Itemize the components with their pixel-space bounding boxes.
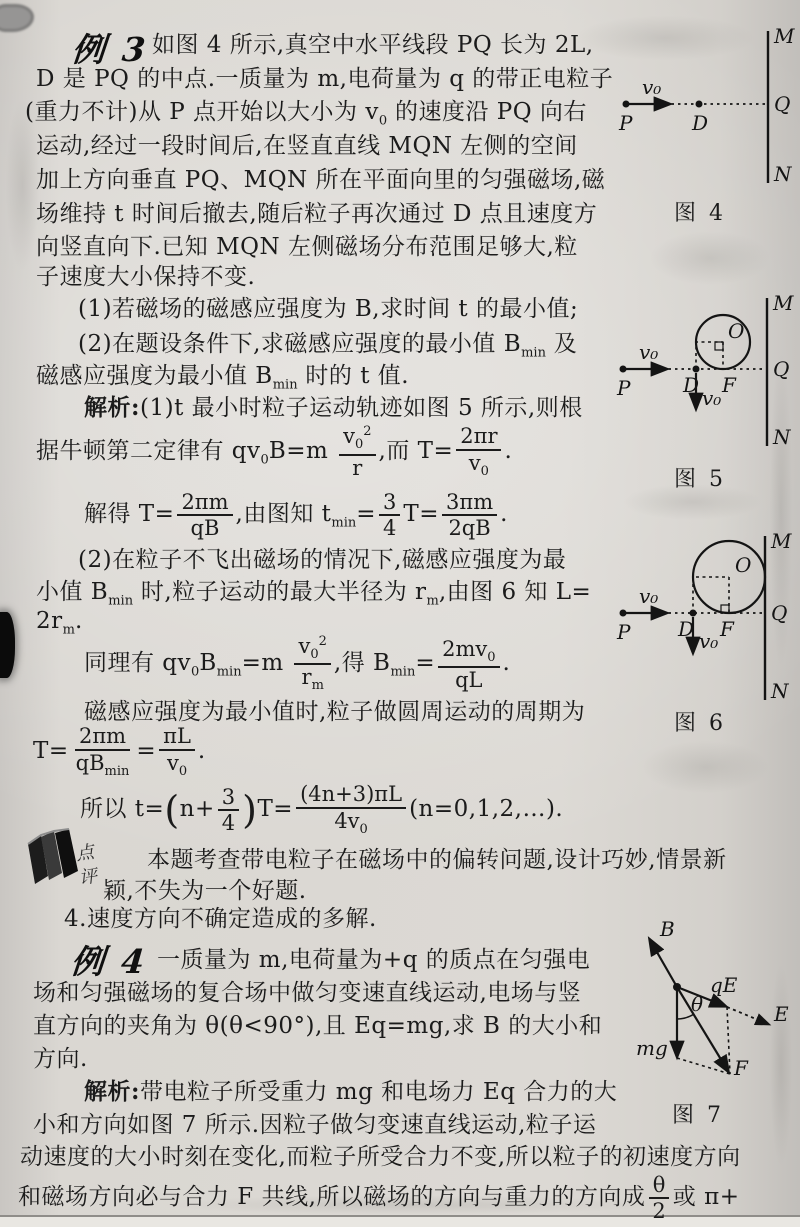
ex3-line-4: 运动,经过一段时间后,在竖直直线 MQN 左侧的空间 <box>36 131 578 161</box>
ex3-solution2-line-1: (2)在粒子不飞出磁场的情况下,磁感应强度为最 <box>78 545 566 575</box>
ex3-solution-line-1: 解析:(1)t 最小时粒子运动轨迹如图 5 所示,则根 <box>84 393 583 423</box>
ex4-line-2: 场和匀强磁场的复合场中做匀变速直线运动,电场与竖 <box>33 978 581 1008</box>
stamp-char-2: 评 <box>78 865 100 889</box>
figure-4-diagram: v₀ P D M Q N <box>615 25 800 200</box>
scan-smudge <box>630 222 790 294</box>
b-label: B <box>659 918 675 941</box>
binding-notch <box>0 612 15 678</box>
p-label: P <box>616 620 631 644</box>
ex3-line-7: 向竖直向下.已知 MQN 左侧磁场分布范围足够大,粒 <box>36 232 578 262</box>
ex4-line-3: 直方向的夹角为 θ(θ<90°),且 Eq=mg,求 B 的大小和 <box>33 1011 602 1041</box>
v0-down-label: v₀ <box>702 386 721 410</box>
figure-5-diagram: v₀ v₀ P D F O M Q N <box>612 288 800 460</box>
textbook-page: 例 3 例 4 如图 4 所示,真空中水平线段 PQ 长为 2L, D 是 PQ… <box>0 0 800 1227</box>
d-label: D <box>677 617 694 641</box>
v0-label: v₀ <box>639 584 658 608</box>
ex4-solution-line-3: 动速度的大小时刻在变化,而粒子所受合力不变,所以粒子的初速度方向 <box>20 1142 741 1172</box>
ex4-solution-line-1: 解析:带电粒子所受重力 mg 和电场力 Eq 合力的大 <box>84 1077 617 1107</box>
ex3-formula-period-min: T=2πmqBmin=πLv0. <box>33 724 206 780</box>
figure-7-caption: 图 7 <box>638 1098 758 1129</box>
point-d-dot <box>696 101 703 108</box>
d-label: D <box>691 111 708 135</box>
ex3-line-8: 子速度大小保持不变. <box>36 262 255 292</box>
ex3-question-1: (1)若磁场的磁感应强度为 B,求时间 t 的最小值; <box>78 294 578 324</box>
ex3-solution2-line-3: 2rm. <box>36 606 83 646</box>
q-label: Q <box>773 357 789 381</box>
ex3-line-1: 如图 4 所示,真空中水平线段 PQ 长为 2L, <box>152 30 594 60</box>
o-label: O <box>735 553 751 577</box>
p-label: P <box>618 111 633 135</box>
v0-down-label: v₀ <box>699 629 718 653</box>
figure-4-caption: 图 4 <box>640 196 760 227</box>
m-label: M <box>773 25 795 48</box>
n-label: N <box>770 679 790 703</box>
ex3-line-5: 加上方向垂直 PQ、MQN 所在平面向里的匀强磁场,磁 <box>36 165 605 195</box>
scan-corner-blob <box>0 4 34 32</box>
comment-line-1: 本题考查带电粒子在磁场中的偏转问题,设计巧妙,情景新 <box>147 845 727 875</box>
b-vector-arrow <box>650 940 677 987</box>
m-label: M <box>772 291 794 315</box>
ex3-solution2-line-4: 磁感应强度为最小值时,粒子做圆周运动的周期为 <box>84 697 585 727</box>
books-stamp-icon: 点 评 <box>24 824 100 894</box>
m-label: M <box>770 529 792 553</box>
figure-6-diagram: v₀ v₀ P D F O M Q N <box>612 528 800 706</box>
comment-line-2: 颖,不失为一个好题. <box>103 876 307 906</box>
ex3-formula-newton: 据牛顿第二定律有 qv0B=m v02r,而 T=2πrv0. <box>36 424 512 488</box>
ex3-solution2-line-2: 小值 Bmin 时,粒子运动的最大半径为 rm,由图 6 知 L= <box>36 577 591 617</box>
ex3-formula-answer: 所以 t=(n+34)T=(4n+3)πL4v0(n=0,1,2,…). <box>80 782 563 838</box>
mg-label: mg <box>636 1036 668 1060</box>
theta-label: θ <box>691 992 703 1016</box>
stamp-char-1: 点 <box>75 841 98 865</box>
v0-label: v₀ <box>639 340 658 364</box>
ex3-line-6: 场维持 t 时间后撤去,随后粒子再次通过 D 点且速度方 <box>36 199 597 229</box>
qe-label: qE <box>710 973 738 997</box>
o-label: O <box>728 319 744 343</box>
ex4-solution-line-4: 和磁场方向必与合力 F 共线,所以磁场的方向与重力的方向成θ2或 π+ <box>18 1170 739 1224</box>
q-label: Q <box>771 601 787 625</box>
n-label: N <box>773 162 793 186</box>
n-label: N <box>772 425 792 449</box>
f-label: F <box>721 373 737 397</box>
figure-7-diagram: B qE E mg F θ <box>622 918 800 1093</box>
q-label: Q <box>774 92 790 116</box>
section-4-heading: 4.速度方向不确定造成的多解. <box>64 904 377 934</box>
f-label: F <box>733 1056 749 1080</box>
ex3-formula-period: 解得 T=2πmqB,由图知 tmin=34T=3πm2qB. <box>84 487 508 551</box>
e-label: E <box>773 1002 789 1026</box>
ex3-formula-bmin: 同理有 qv0Bmin=m v02rm,得 Bmin=2mv0qL. <box>84 634 510 700</box>
figure-5-caption: 图 5 <box>640 462 760 493</box>
point-d-dot <box>693 366 700 373</box>
e-direction-dashed-arrow <box>727 1007 768 1024</box>
v0-label: v₀ <box>642 75 661 99</box>
example-4-badge: 例 4 <box>69 936 150 983</box>
figure-6-caption: 图 6 <box>640 706 760 737</box>
d-label: D <box>682 373 699 397</box>
p-label: P <box>616 376 631 400</box>
ex4-line-1: 一质量为 m,电荷量为+q 的质点在匀强电 <box>157 945 590 975</box>
parallelogram-dashed-2 <box>727 1007 730 1074</box>
f-label: F <box>719 617 735 641</box>
ex3-line-2: D 是 PQ 的中点.一质量为 m,电荷量为 q 的带正电粒子 <box>36 64 613 94</box>
point-d-dot <box>690 610 697 617</box>
scan-smudge <box>620 732 790 802</box>
right-angle-mark <box>715 342 723 350</box>
ex4-solution-line-2: 小和方向如图 7 所示.因粒子做匀变速直线运动,粒子运 <box>33 1110 596 1140</box>
ex4-line-4: 方向. <box>33 1044 88 1074</box>
